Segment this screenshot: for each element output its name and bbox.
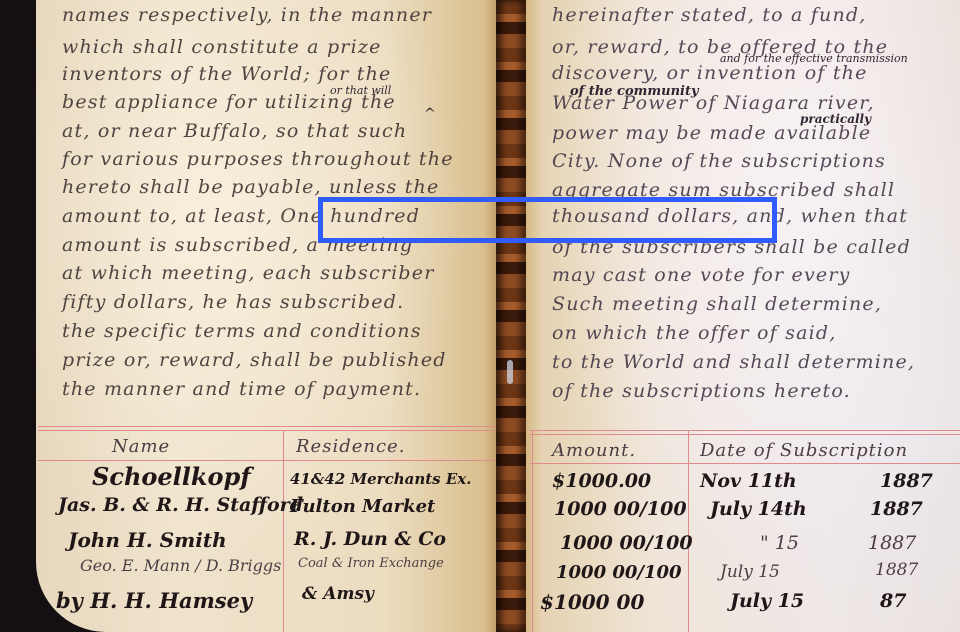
book-binding — [496, 0, 526, 632]
ledger-name: Geo. E. Mann / D. Briggs — [80, 556, 281, 575]
ledger-rule — [38, 426, 496, 427]
ledger-year: 1887 — [870, 498, 923, 520]
ledger-amount: $1000.00 — [552, 470, 651, 492]
right-line: of the subscriptions hereto. — [552, 380, 851, 402]
insertion-caret: ^ — [424, 106, 436, 122]
ledger-year: 1887 — [880, 470, 933, 492]
left-line: which shall constitute a prize — [62, 36, 382, 58]
ledger-rule — [530, 430, 960, 431]
ledger-year: 1887 — [868, 532, 916, 554]
left-line: the manner and time of payment. — [62, 378, 421, 400]
column-header-date: Date of Subscription — [700, 440, 908, 461]
left-line: for various purposes throughout the — [62, 148, 454, 170]
ledger-date: Nov 11th — [700, 470, 797, 492]
right-insertion: and for the effective transmission — [720, 52, 908, 65]
ledger-column-rule — [688, 430, 689, 632]
right-line: to the World and shall determine, — [552, 351, 915, 373]
ledger-name: John H. Smith — [68, 528, 227, 552]
binding-glint — [507, 360, 513, 384]
left-line: hereto shall be payable, unless the — [62, 176, 439, 198]
column-header-residence: Residence. — [296, 436, 405, 457]
highlight-box — [318, 197, 777, 243]
ledger-margin-rule — [532, 430, 533, 632]
right-line: on which the offer of said, — [552, 322, 837, 344]
right-line: may cast one vote for every — [552, 264, 851, 286]
ledger-amount: 1000 00/100 — [556, 562, 682, 583]
left-line: at which meeting, each subscriber — [62, 262, 434, 284]
right-line: Such meeting shall determine, — [552, 293, 882, 315]
ledger-amount: $1000 00 — [540, 590, 644, 614]
ledger-year: 1887 — [875, 560, 918, 580]
right-line: discovery, or invention of the — [552, 62, 868, 84]
right-line: hereinafter stated, to a fund, — [552, 4, 867, 26]
ledger-rule — [38, 460, 496, 461]
ledger-amount: 1000 00/100 — [554, 498, 687, 520]
left-insertion: or that will — [330, 84, 391, 97]
ledger-year: 87 — [880, 590, 906, 612]
ledger-residence: 41&42 Merchants Ex. — [290, 470, 471, 488]
left-line: the specific terms and conditions — [62, 320, 422, 342]
ledger-date: July 15 — [730, 590, 804, 612]
right-line: City. None of the subscriptions — [552, 150, 886, 172]
column-header-amount: Amount. — [552, 440, 636, 461]
ledger-residence: R. J. Dun & Co — [294, 528, 446, 550]
ledger-date: July 14th — [710, 498, 807, 520]
ledger-residence: & Amsy — [302, 584, 374, 604]
ledger-residence: Fulton Market — [290, 496, 435, 517]
ledger-column-rule — [283, 430, 284, 632]
ledger-amount: 1000 00/100 — [560, 532, 693, 554]
ledger-name: Schoellkopf — [92, 462, 251, 491]
left-line: names respectively, in the manner — [62, 4, 432, 26]
right-insertion: practically — [800, 112, 871, 126]
document-photo: names respectively, in the manner which … — [0, 0, 960, 632]
ledger-residence: Coal & Iron Exchange — [298, 556, 444, 571]
left-line: at, or near Buffalo, so that such — [62, 120, 407, 142]
ledger-date: " 15 — [760, 532, 799, 554]
left-line: prize or, reward, shall be published — [62, 349, 447, 371]
ledger-rule — [38, 430, 496, 431]
left-line: inventors of the World; for the — [62, 63, 392, 85]
right-insertion: of the community — [570, 84, 699, 99]
column-header-name: Name — [112, 436, 170, 457]
ledger-rule — [530, 463, 960, 464]
left-line: fifty dollars, he has subscribed. — [62, 291, 404, 313]
ledger-name: by H. H. Hamsey — [56, 588, 252, 613]
ledger-name: Jas. B. & R. H. Stafford — [58, 494, 303, 516]
ledger-rule — [530, 434, 960, 435]
ledger-date: July 15 — [720, 562, 780, 582]
